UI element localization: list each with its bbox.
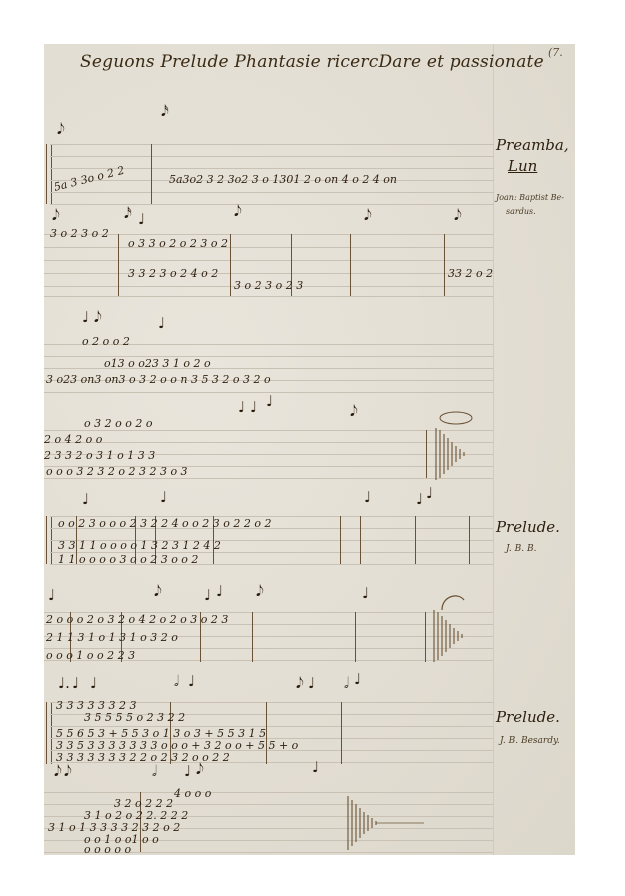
tablature-run: o13 o o23 3 1 o 2 o	[104, 358, 211, 369]
rhythm-flag: 𝅗𝅥	[152, 764, 157, 779]
rhythm-flag: ♩	[216, 584, 223, 599]
rhythm-flag: ♩	[426, 486, 433, 501]
rhythm-flag: 𝅘𝅥𝅮	[52, 208, 60, 223]
rhythm-flag: ♩	[82, 310, 89, 325]
rhythm-flag: ♩	[354, 672, 361, 687]
rhythm-flag: ♩	[188, 674, 195, 689]
double-barline	[46, 144, 52, 204]
rhythm-flag: 𝅘𝅥𝅮	[196, 762, 204, 777]
rhythm-flag: ♩	[238, 400, 245, 415]
tablature-run: o o o 3 2 3 2 o 2 3 2 3 o 3	[46, 466, 188, 477]
rhythm-flag: ♩	[364, 490, 371, 505]
piece-title-prelude-1: Prelude.	[496, 518, 560, 536]
piece-attribution: J. B. B.	[506, 544, 536, 554]
rhythm-flag: ♩.	[58, 676, 70, 691]
rhythm-flag: ♩	[158, 316, 165, 331]
tablature-run: 33 2 o 2	[448, 268, 493, 279]
rhythm-flag: 𝅘𝅥𝅯	[124, 206, 132, 221]
rhythm-flag: 𝅗𝅥	[174, 674, 179, 689]
tablature-run: 3 2 o 2 2 2	[114, 798, 173, 809]
tablature-run: 2 o 4 2 o o	[44, 434, 102, 445]
tablature-run: 5a3o2 3 2 3o2 3 o 1301 2 o on 4 o 2 4 on	[169, 174, 397, 185]
rhythm-flag: ♩	[184, 764, 191, 779]
final-flourish-icon	[346, 796, 426, 852]
tablature-run: o 3 2 o o 2 o	[84, 418, 152, 429]
rhythm-flag: ♩	[72, 676, 79, 691]
tablature-run: 3 1 o 1 3 3 3 3 2 3 2 o 2	[48, 822, 180, 833]
piece-title-prelude-2: Prelude.	[496, 708, 560, 726]
rhythm-flag: ♩	[312, 760, 319, 775]
rhythm-flag: 𝅘𝅥𝅮	[154, 584, 162, 599]
tablature-run: 2 1 1 3 1 o 1 3 1 o 3 2 o	[46, 632, 178, 643]
tablature-run: o o 2 3 o o o 2 3 2 2 4 o o 2 3 o 2 2 o …	[58, 518, 272, 529]
tablature-system-3: ♩ 𝅘𝅥𝅮 ♩ o 2 o o 2 o13 o o23 3 1 o 2 o 3 …	[44, 344, 575, 404]
rhythm-flag: 𝅗𝅥	[344, 676, 349, 691]
tablature-run: 2 o o o 2 o 3 2 o 4 2 o 2 o 3 o 2 3	[46, 614, 228, 625]
rhythm-flag: 𝅘𝅥𝅮	[64, 764, 72, 779]
tablature-run: 3 o23 on3 on3 o 3 2 o o n 3 5 3 2 o 3 2 …	[46, 374, 271, 385]
rhythm-flag: 𝅘𝅥𝅮	[94, 310, 102, 325]
tablature-run: 3 3 1 1 o o o o 1 3 2 3 1 2 4 2	[58, 540, 221, 551]
rhythm-flag: 𝅘𝅥𝅯	[161, 104, 169, 119]
tablature-system-2: 𝅘𝅥𝅮 𝅘𝅥𝅯 ♩ 𝅘𝅥𝅮 𝅘𝅥𝅮 𝅘𝅥𝅮 3 o 2 3 o 2 o 3 3 …	[44, 234, 575, 304]
tablature-run: 3 3 2 3 o 2 4 o 2	[128, 268, 218, 279]
tablature-run: 3 5 5 5 5 o 2 3 2 2	[84, 712, 185, 723]
manuscript-page: Seguons Prelude Phantasie ricercDare et …	[44, 44, 575, 855]
tablature-run: 3 3 3 3 3 3 2 3	[56, 700, 136, 711]
tablature-run: o o o 1 o o 2 2 3	[46, 650, 135, 661]
tablature-run: o o o o o	[84, 844, 131, 855]
tablature-run: 1 1 o o o o 3 o o 2 3 o o 2	[58, 554, 198, 565]
piece-title-preamba: Preamba,	[496, 136, 569, 154]
rhythm-flag: ♩	[204, 588, 211, 603]
tablature-run: 2 3 3 2 o 3 1 o 1 3 3	[44, 450, 155, 461]
rhythm-flag: 𝅘𝅥𝅮	[57, 122, 65, 137]
piece-attribution-line2: sardus.	[506, 207, 536, 216]
rhythm-flag: 𝅘𝅥𝅮	[256, 584, 264, 599]
rhythm-flag: ♩	[250, 400, 257, 415]
tablature-run: 5 5 6 5 3 + 5 5 3 o 1 3 o 3 + 5 5 3 1 5	[56, 728, 266, 739]
double-barline	[46, 702, 52, 764]
rhythm-flag: ♩	[266, 394, 273, 409]
rhythm-flag: ♩	[90, 676, 97, 691]
final-flourish-icon	[432, 410, 492, 480]
rhythm-flag: 𝅘𝅥𝅮	[296, 676, 304, 691]
rhythm-flag: ♩	[48, 588, 55, 603]
rhythm-flag: ♩	[308, 676, 315, 691]
page-title: Seguons Prelude Phantasie ricercDare et …	[80, 52, 544, 72]
tablature-run: 3 o 2 3 o 2 3	[234, 280, 303, 291]
rhythm-flag: 𝅘𝅥𝅮	[454, 208, 462, 223]
piece-attribution: Joan: Baptist Be-	[496, 193, 564, 202]
tablature-run: 3 o 2 3 o 2	[50, 228, 109, 239]
tablature-system-8: 𝅘𝅥𝅮 𝅘𝅥𝅮 𝅗𝅥 ♩ 𝅘𝅥𝅮 ♩ 4 o o o 3 2 o 2 2 2 3…	[44, 792, 575, 856]
rhythm-flag: ♩	[138, 212, 145, 227]
rhythm-flag: ♩	[82, 492, 89, 507]
rhythm-flag: ♩	[362, 586, 369, 601]
rhythm-flag: 𝅘𝅥𝅮	[364, 208, 372, 223]
rhythm-flag: 𝅘𝅥𝅮	[350, 404, 358, 419]
piece-title-line2: Lun	[508, 157, 537, 175]
folio-number: (7.	[548, 46, 563, 59]
tablature-run: o 3 3 o 2 o 2 3 o 2	[128, 238, 228, 249]
tablature-run: 4 o o o	[174, 788, 211, 799]
final-flourish-icon	[428, 590, 488, 664]
tablature-run: o 2 o o 2	[82, 336, 130, 347]
tablature-run: 3 3 5 3 3 3 3 3 3 3 o o o + 3 2 o o + 5 …	[56, 740, 298, 751]
tablature-run: 3 1 o 2 o 2 2. 2 2 2	[84, 810, 188, 821]
rhythm-flag: ♩	[416, 492, 423, 507]
tablature-system-4: ♩ ♩ ♩ 𝅘𝅥𝅮 o 3 2 o o 2 o 2 o 4 2 o o 2 3 …	[44, 430, 575, 490]
piece-attribution: J. B. Besardy.	[500, 736, 560, 746]
rhythm-flag: 𝅘𝅥𝅮	[54, 764, 62, 779]
rhythm-flag: ♩	[160, 490, 167, 505]
rhythm-flag: 𝅘𝅥𝅮	[234, 204, 242, 219]
tablature-system-6: ♩ 𝅘𝅥𝅮 ♩ ♩ 𝅘𝅥𝅮 ♩ 2 o o o 2 o 3 2 o 4 2 o …	[44, 612, 575, 672]
